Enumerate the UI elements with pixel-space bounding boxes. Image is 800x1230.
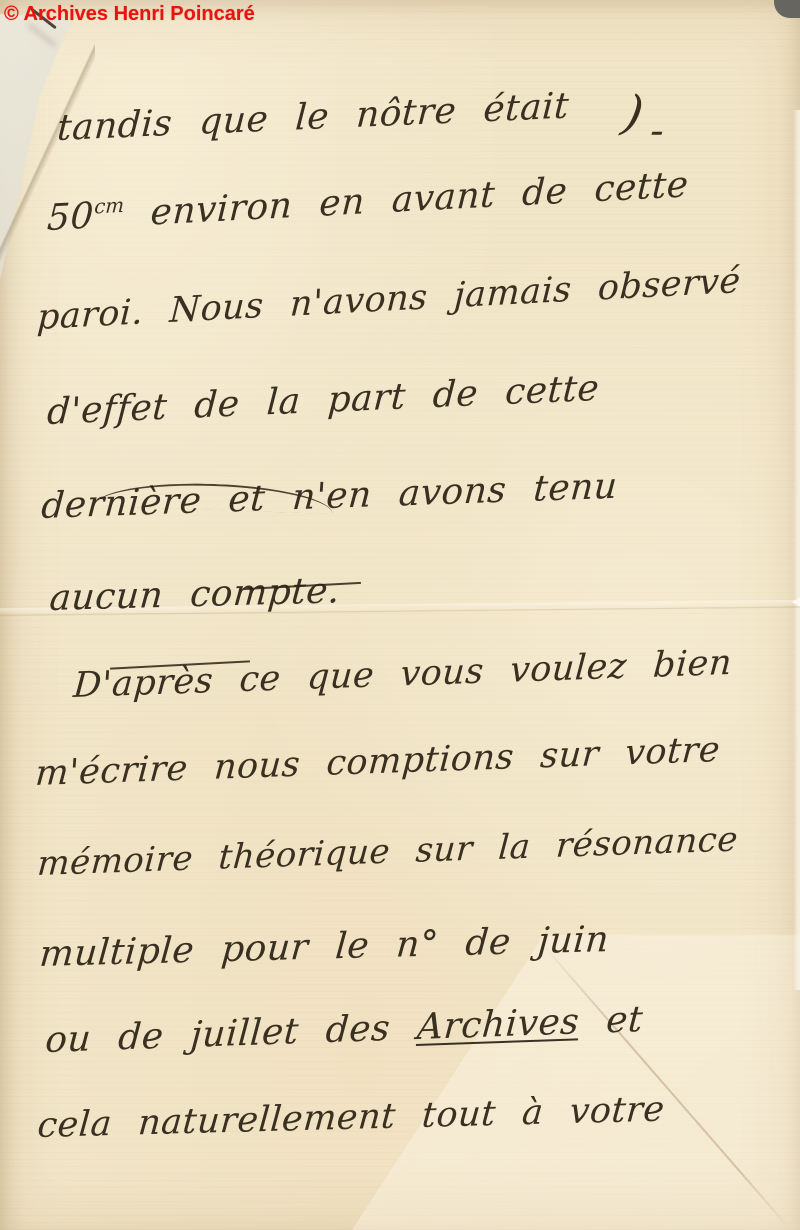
archive-watermark: © Archives Henri Poincaré bbox=[4, 3, 255, 26]
handwriting-line: cela naturellement tout à votre bbox=[36, 1089, 666, 1146]
handwriting-line: D'après ce que vous voulez bien bbox=[72, 643, 733, 706]
clipped-corner-top-right bbox=[774, 0, 800, 18]
fold-edge-shadow bbox=[0, 16, 95, 281]
handwriting-line: ou de juillet des Archives et bbox=[44, 999, 644, 1061]
handwriting-line: paroi. Nous n'avons jamais observé bbox=[36, 261, 742, 338]
handwriting-line: - bbox=[648, 108, 667, 154]
handwriting-line: multiple pour le n° de juin bbox=[38, 919, 611, 975]
handwriting-line: dernière et n'en avons tenu bbox=[40, 466, 619, 527]
handwriting-line: d'effet de la part de cette bbox=[46, 368, 601, 433]
handwriting-line: aucun compte. bbox=[48, 570, 342, 619]
handwriting-line: ) bbox=[618, 85, 649, 142]
handwriting-line: mémoire théorique sur la résonance bbox=[36, 819, 739, 884]
handwriting-line: 50cm environ en avant de cette bbox=[46, 164, 690, 239]
paper-right-edge bbox=[793, 110, 800, 990]
letter-scan-page: © Archives Henri Poincaré tandis que le … bbox=[0, 0, 800, 1230]
handwriting-line: m'écrire nous comptions sur votre bbox=[34, 730, 721, 794]
handwriting-line: tandis que le nôtre était bbox=[56, 86, 570, 149]
diagonal-fold-crease bbox=[538, 940, 789, 1228]
